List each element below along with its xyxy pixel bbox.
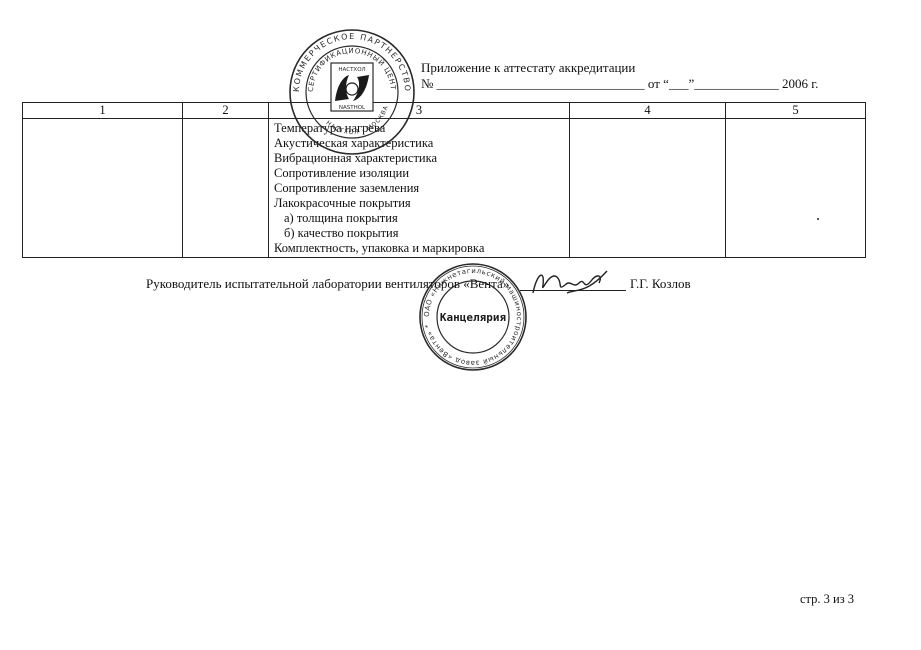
page-number: стр. 3 из 3	[800, 592, 854, 607]
handwritten-signature	[527, 263, 617, 308]
list-item: Комплектность, упаковка и маркировка	[274, 241, 569, 256]
svg-text:NASTHOL: NASTHOL	[339, 105, 366, 111]
column-header-4: 4	[570, 103, 726, 119]
year: 2006 г.	[782, 76, 818, 91]
list-item: Сопротивление заземления	[274, 181, 569, 196]
list-subitem: б) качество покрытия	[274, 226, 569, 241]
column-header-5: 5	[726, 103, 866, 119]
column-header-1: 1	[23, 103, 183, 119]
signature-scribble-icon	[527, 263, 617, 303]
attachment-header: Приложение к аттестату аккредитации № __…	[421, 60, 818, 92]
attachment-number-line: № ________________________________ от “_…	[421, 76, 818, 92]
number-blank: ________________________________	[437, 76, 645, 91]
signatory-name: Г.Г. Козлов	[630, 276, 691, 292]
table-header-row: 1 2 3 4 5	[23, 103, 866, 119]
date-month-blank: _____________	[694, 76, 779, 91]
table-row: Температура нагрева Акустическая характе…	[23, 119, 866, 258]
list-item: Лакокрасочные покрытия	[274, 196, 569, 211]
column-header-2: 2	[183, 103, 269, 119]
date-day: “___”	[663, 76, 694, 91]
number-label: №	[421, 76, 433, 91]
from-label: от	[648, 76, 660, 91]
speck-mark	[817, 218, 819, 220]
list-subitem: а) толщина покрытия	[274, 211, 569, 226]
list-item: Сопротивление изоляции	[274, 166, 569, 181]
office-stamp: ОАО «Нижнетагильский машиностроительный …	[418, 262, 528, 377]
table-cell-col1	[23, 119, 183, 258]
office-stamp-icon: ОАО «Нижнетагильский машиностроительный …	[418, 262, 528, 372]
attachment-title: Приложение к аттестату аккредитации	[421, 60, 818, 76]
svg-text:НАСТХОЛ: НАСТХОЛ	[338, 67, 365, 73]
certification-stamp: КОММЕРЧЕСКОЕ ПАРТНЕРСТВО СЕРТИФИКАЦИОННЫ…	[287, 27, 417, 162]
svg-text:Канцелярия: Канцелярия	[440, 311, 506, 324]
table-cell-col5	[726, 119, 866, 258]
table-cell-col2	[183, 119, 269, 258]
table-cell-col4	[570, 119, 726, 258]
certification-stamp-icon: КОММЕРЧЕСКОЕ ПАРТНЕРСТВО СЕРТИФИКАЦИОННЫ…	[287, 27, 417, 157]
accreditation-table: 1 2 3 4 5 Температура нагрева Акустическ…	[22, 102, 866, 258]
